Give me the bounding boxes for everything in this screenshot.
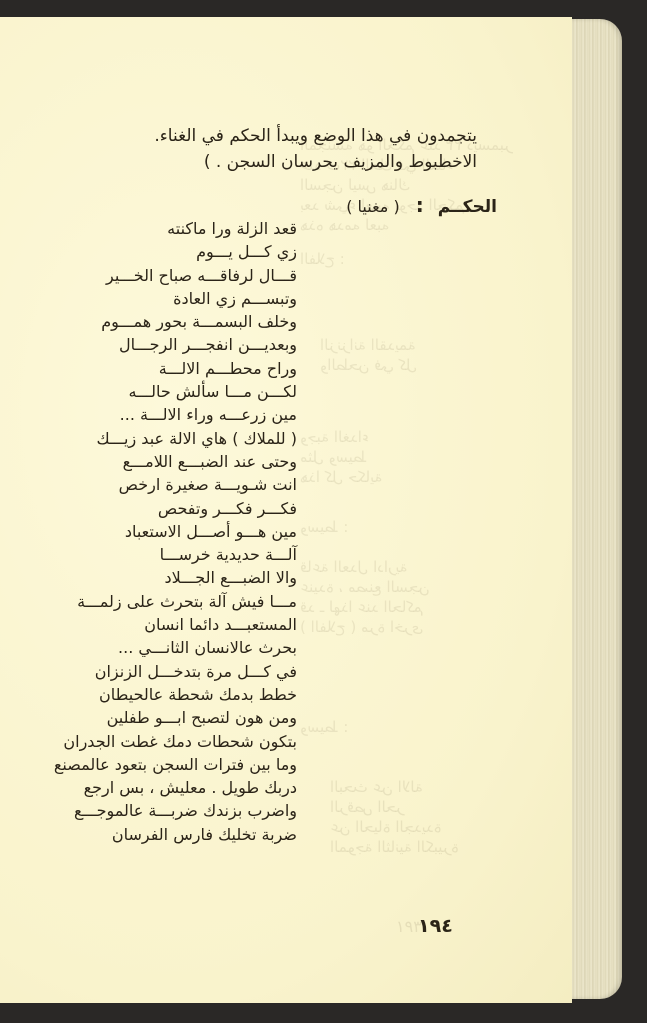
verse-line: ( للملاك ) هاي الالة عبد زيـــك xyxy=(54,427,297,450)
verse-line: في كـــل مرة بتدخـــل الزنزان xyxy=(54,660,297,683)
bleed-through-text: قاعة العدل اداريةعنيدة ، مصنع السجنقد ـ … xyxy=(300,557,430,637)
verse-line: وبعديـــن انفجـــر الرجـــال xyxy=(54,333,297,356)
verse-line: واضرب بزندك ضربـــة عالموجـــع xyxy=(54,799,297,822)
verse-line: وخلف البسمـــة بحور همـــوم xyxy=(54,310,297,333)
verse-line: انت شـويـــة صغيرة ارخص xyxy=(54,473,297,496)
verse-line: وما بين فترات السجن بتعود عالمصنع xyxy=(54,753,297,776)
verse-line: خطط بدمك شحطة عالحيطان xyxy=(54,683,297,706)
verse-line: وراح محطـــم الالـــة xyxy=(54,357,297,380)
book: المجنسه هو الحكم عند ٢٣ ديسمبرعند ت٢٢ ال… xyxy=(0,17,622,1003)
book-page: المجنسه هو الحكم عند ٢٣ ديسمبرعند ت٢٢ ال… xyxy=(0,17,572,1003)
verse-line: مين هـــو أصـــل الاستعباد xyxy=(54,520,297,543)
verse-line: وحتى عند الضبـــع اللامـــع xyxy=(54,450,297,473)
verse-line: فكـــر فكـــر وتفحص xyxy=(54,497,297,520)
verse-line: بتكون شحطات دمك غطت الجدران xyxy=(54,730,297,753)
verse-line: دربك طويل . معليش ، بس ارجع xyxy=(54,776,297,799)
stage-direction: يتجمدون في هذا الوضع ويبدأ الحكم في الغن… xyxy=(154,123,477,175)
verse-line: زي كـــل يـــوم xyxy=(54,240,297,263)
stage-direction-line: يتجمدون في هذا الوضع ويبدأ الحكم في الغن… xyxy=(154,123,477,149)
speaker-name: الحكــم xyxy=(438,197,497,217)
stage-direction-line: الاخطبوط والمزيف يحرسان السجن . ) xyxy=(154,149,477,175)
verse-line: ومن هون لتصبح ابـــو طفلين xyxy=(54,706,297,729)
verse-line: مين زرعـــه وراء الالـــة ... xyxy=(54,403,297,426)
verse-line: مـــا فيش آلة بتحرث على زلمـــة xyxy=(54,590,297,613)
verse-line: المستعبـــد دائما انسان xyxy=(54,613,297,636)
verse-line: لكـــن مـــا سألش حالـــه xyxy=(54,380,297,403)
bleed-through-text: البحث عن الالةالرقص الحرعن الحياة الجديد… xyxy=(330,777,459,857)
verse-line: وتبســـم زي العادة xyxy=(54,287,297,310)
bleed-through-text: وسيط : xyxy=(300,717,348,737)
bleed-through-text: وجبة الغداءمثل وسيطهذا كل حكاية xyxy=(300,427,382,487)
page-number: ١٩٤ xyxy=(418,915,453,937)
page-edges xyxy=(572,19,622,999)
song-verses: قعد الزلة ورا ماكنته زي كـــل يـــوم قــ… xyxy=(54,217,297,846)
speaker-colon: : xyxy=(416,193,424,217)
speaker-heading: الحكــم:( مغنيا ) xyxy=(346,193,497,217)
speaker-direction: ( مغنيا ) xyxy=(346,197,399,216)
verse-line: ضربة تخليك فارس الفرسان xyxy=(54,823,297,846)
bleed-through-text: الزنزانة القديمةوالطحن في كل xyxy=(320,335,417,375)
verse-line: والا الضبـــع الجـــلاد xyxy=(54,566,297,589)
verse-line: قـــال لرفاقـــه صباح الخـــير xyxy=(54,264,297,287)
bleed-through-text: الفلاح : xyxy=(300,249,345,269)
bleed-through-text: وسيط : xyxy=(300,517,348,537)
verse-line: آلـــة حديدية خرســـا xyxy=(54,543,297,566)
verse-line: بحرث عالانسان الثانـــي ... xyxy=(54,636,297,659)
verse-line: قعد الزلة ورا ماكنته xyxy=(54,217,297,240)
